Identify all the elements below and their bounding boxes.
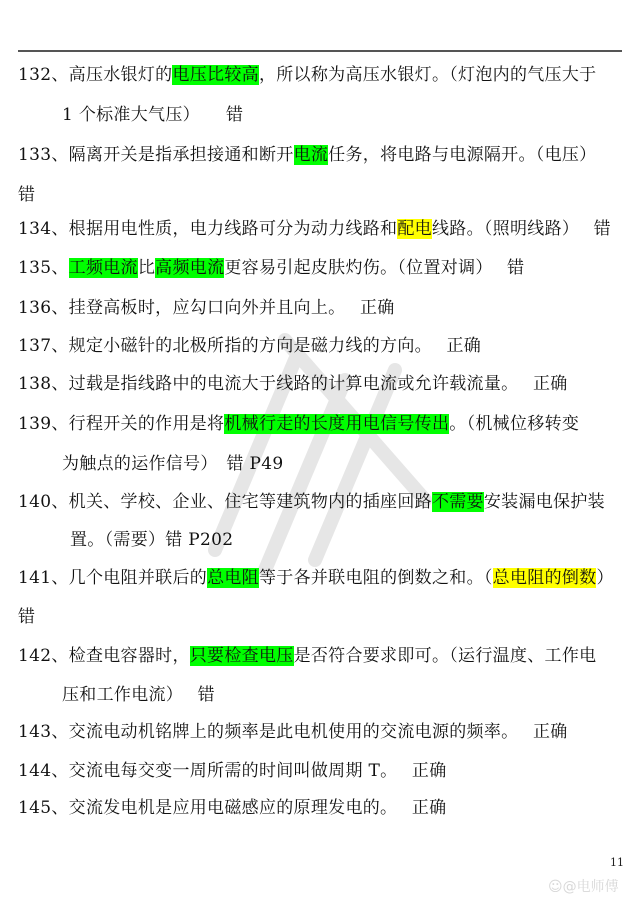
text-run: ） <box>596 568 613 588</box>
text-run: 安装漏电保护装 <box>484 492 605 512</box>
question-line: 为触点的运作信号） 错 P49 <box>62 449 283 479</box>
highlight-green: 机械行走的长度用电信号传出 <box>224 414 449 434</box>
question-line: 置。（需要）错 P202 <box>70 525 233 555</box>
question-line: 141、几个电阻并联后的总电阻等于各并联电阻的倒数之和。（总电阻的倒数） <box>18 563 614 593</box>
text-run: 比 <box>138 258 155 278</box>
question-line: 压和工作电流） 错 <box>62 680 215 710</box>
question-line: 137、规定小磁针的北极所指的方向是磁力线的方向。 正确 <box>18 331 481 361</box>
question-line: 132、高压水银灯的电压比较高，所以称为高压水银灯。（灯泡内的气压大于 <box>18 60 596 90</box>
question-line: 1 个标准大气压） 错 <box>62 100 243 130</box>
text-run: 145、交流发电机是应用电磁感应的原理发电的。 正确 <box>18 798 446 818</box>
question-line: 134、根据用电性质，电力线路可分为动力线路和配电线路。（照明线路） 错 <box>18 214 611 244</box>
question-line: 143、交流电动机铭牌上的频率是此电机使用的交流电源的频率。 正确 <box>18 717 568 747</box>
text-run: 。（机械位移转变 <box>449 414 579 434</box>
highlight-green: 只要检查电压 <box>190 646 294 666</box>
header-rule <box>18 50 622 52</box>
highlight-green: 不需要 <box>432 492 484 512</box>
text-run: 139、行程开关的作用是将 <box>18 414 224 434</box>
highlight-green: 电压比较高 <box>172 65 259 85</box>
text-run: 143、交流电动机铭牌上的频率是此电机使用的交流电源的频率。 正确 <box>18 722 568 742</box>
highlight-yellow: 配电 <box>397 219 432 239</box>
question-line: 错 <box>18 602 35 632</box>
question-line: 139、行程开关的作用是将机械行走的长度用电信号传出。（机械位移转变 <box>18 409 579 439</box>
text-run: 任务，将电路与电源隔开。（电压） <box>328 145 596 165</box>
text-run: 132、高压水银灯的 <box>18 65 172 85</box>
question-line: 144、交流电每交变一周所需的时间叫做周期 T。 正确 <box>18 756 447 786</box>
text-run: 136、挂登高板时，应勾口向外并且向上。 正确 <box>18 298 395 318</box>
highlight-green: 电流 <box>294 145 329 165</box>
question-line: 错 <box>18 180 35 210</box>
question-line: 133、隔离开关是指承担接通和断开电流任务，将电路与电源隔开。（电压） <box>18 140 596 170</box>
text-run: 更容易引起皮肤灼伤。（位置对调） 错 <box>224 258 524 278</box>
text-run: 135、 <box>18 258 69 278</box>
text-run: 141、几个电阻并联后的 <box>18 568 207 588</box>
highlight-green: 工频电流 <box>69 258 138 278</box>
text-run: 137、规定小磁针的北极所指的方向是磁力线的方向。 正确 <box>18 336 481 356</box>
question-line: 145、交流发电机是应用电磁感应的原理发电的。 正确 <box>18 793 446 823</box>
text-run: ，所以称为高压水银灯。（灯泡内的气压大于 <box>259 65 597 85</box>
text-run: 错 <box>18 607 35 627</box>
text-run: 压和工作电流） 错 <box>62 685 215 705</box>
text-run: 133、隔离开关是指承担接通和断开 <box>18 145 294 165</box>
text-run: 134、根据用电性质，电力线路可分为动力线路和 <box>18 219 397 239</box>
highlight-yellow: 总电阻的倒数 <box>493 568 597 588</box>
text-run: 为触点的运作信号） 错 P49 <box>62 454 283 474</box>
text-run: 144、交流电每交变一周所需的时间叫做周期 T。 正确 <box>18 761 447 781</box>
question-line: 142、检查电容器时，只要检查电压是否符合要求即可。（运行温度、工作电 <box>18 641 596 671</box>
page-number: 11 <box>610 856 624 869</box>
text-run: 140、机关、学校、企业、住宅等建筑物内的插座回路 <box>18 492 432 512</box>
text-run: 错 <box>18 185 35 205</box>
text-run: 是否符合要求即可。（运行温度、工作电 <box>294 646 597 666</box>
highlight-green: 总电阻 <box>207 568 259 588</box>
text-run: 等于各并联电阻的倒数之和。（ <box>259 568 493 588</box>
watermark-text: ☺@电师傅 <box>548 876 619 896</box>
text-run: 138、过载是指线路中的电流大于线路的计算电流或允许载流量。 正确 <box>18 374 568 394</box>
text-run: 线路。（照明线路） 错 <box>432 219 611 239</box>
question-line: 138、过载是指线路中的电流大于线路的计算电流或允许载流量。 正确 <box>18 369 568 399</box>
text-run: 置。（需要）错 P202 <box>70 530 233 550</box>
question-line: 136、挂登高板时，应勾口向外并且向上。 正确 <box>18 293 395 323</box>
question-line: 140、机关、学校、企业、住宅等建筑物内的插座回路不需要安装漏电保护装 <box>18 487 605 517</box>
text-run: 142、检查电容器时， <box>18 646 190 666</box>
highlight-green: 高频电流 <box>155 258 224 278</box>
question-line: 135、工频电流比高频电流更容易引起皮肤灼伤。（位置对调） 错 <box>18 253 524 283</box>
text-run: 1 个标准大气压） 错 <box>62 105 243 125</box>
